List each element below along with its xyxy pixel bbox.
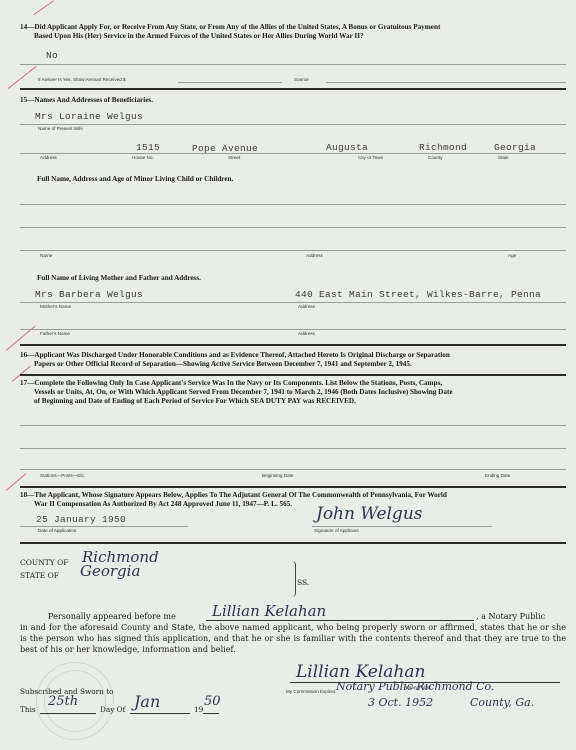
mother-name-value[interactable]: Mrs Barbera Welgus	[35, 289, 143, 300]
beginning-date-label: Beginning Date	[262, 473, 293, 478]
children-title: Full Name, Address and Age of Minor Livi…	[37, 175, 233, 184]
year-value[interactable]: 50	[204, 694, 221, 709]
state-label: State	[498, 155, 509, 160]
question-14: 14—Did Applicant Apply For, or Receive F…	[20, 23, 565, 41]
county-value[interactable]: Richmond	[419, 142, 467, 153]
notary-name-value[interactable]: Lillian Kelahan	[212, 602, 326, 620]
father-field[interactable]	[20, 329, 566, 330]
mother-address-label: Address	[298, 304, 315, 309]
q16-text-line1: 16—Applicant Was Discharged Under Honora…	[20, 351, 450, 359]
commission-note: Notary Public Richmond Co.	[336, 680, 494, 693]
city-value[interactable]: Augusta	[326, 142, 368, 153]
county-label: County	[428, 155, 443, 160]
source-field[interactable]	[326, 82, 566, 83]
county-label: COUNTY OF	[20, 558, 68, 567]
commission-county: County, Ga.	[470, 696, 534, 709]
year-prefix: 19	[194, 705, 203, 714]
date-of-application-value[interactable]: 25 January 1950	[36, 514, 126, 525]
child-line-3[interactable]	[20, 250, 566, 251]
q18-text-line1: 18—The Applicant, Whose Signature Appear…	[20, 491, 447, 499]
this-label: This	[20, 705, 36, 714]
signature-label: Signature of Applicant	[314, 528, 359, 533]
state-label: STATE OF	[20, 571, 59, 580]
stations-label: Stations—Posts—Etc.	[40, 473, 85, 478]
street-label: Street	[228, 155, 240, 160]
question-16: 16—Applicant Was Discharged Under Honora…	[20, 351, 565, 369]
q18-text-line2: War II Compensation As Authorized By Act…	[20, 500, 565, 509]
red-check-mark	[8, 66, 37, 89]
q14-text-line1: 14—Did Applicant Apply For, or Receive F…	[20, 23, 440, 31]
notary-signature[interactable]: Lillian Kelahan	[296, 662, 425, 682]
wife-name-label: Name of Present Wife	[38, 126, 83, 131]
child-age-label: Age	[508, 253, 516, 258]
applicant-signature[interactable]: John Welgus	[316, 504, 423, 524]
notary-paragraph: in and for the aforesaid County and Stat…	[20, 622, 566, 655]
commission-label: My Commission Expires:	[286, 689, 337, 694]
state-value[interactable]: Georgia	[80, 562, 140, 580]
q17-text-line2: Vessels or Units, At, On, or With Which …	[20, 388, 565, 397]
station-line-1[interactable]	[20, 425, 566, 426]
child-address-label: Address	[306, 253, 323, 258]
day-of-label: Day Of	[100, 705, 125, 714]
commission-date[interactable]: 3 Oct. 1952	[368, 696, 433, 709]
q17-text-line3: of Beginning and Date of Ending of Each …	[20, 397, 565, 406]
month-value[interactable]: Jan	[134, 692, 160, 711]
q14-text-line2: Based Upon His (Her) Service in the Arme…	[20, 32, 565, 41]
ss-label: SS.	[297, 578, 309, 587]
station-line-2[interactable]	[20, 448, 566, 449]
mother-address-value[interactable]: 440 East Main Street, Wilkes-Barre, Penn…	[295, 289, 541, 300]
father-address-label: Address	[298, 331, 315, 336]
father-name-label: Father's Name	[40, 331, 70, 336]
notary-public-suffix: , a Notary Public	[476, 611, 545, 622]
day-value[interactable]: 25th	[48, 694, 78, 709]
q14-answer[interactable]: No	[46, 50, 58, 61]
city-label: City or Town	[358, 155, 383, 160]
date-of-application-label: Date of Application	[38, 528, 76, 533]
q17-text-line1: 17—Complete the Following Only In Case A…	[20, 379, 442, 387]
bracket	[292, 561, 296, 597]
question-15-title: 15—Names And Addresses of Beneficiaries.	[20, 96, 153, 105]
question-18: 18—The Applicant, Whose Signature Appear…	[20, 491, 565, 509]
wife-name-value[interactable]: Mrs Loraine Welgus	[35, 111, 143, 122]
state-value[interactable]: Georgia	[494, 142, 536, 153]
child-line-2[interactable]	[20, 227, 566, 228]
amount-received-label: If Answer Is Yes, Show Amount Received $	[38, 77, 126, 82]
ending-date-label: Ending Date	[485, 473, 510, 478]
mother-name-label: Mother's Name	[40, 304, 71, 309]
child-name-label: Name	[40, 253, 52, 258]
child-line-1[interactable]	[20, 204, 566, 205]
question-17: 17—Complete the Following Only In Case A…	[20, 379, 565, 406]
parents-title: Full Name of Living Mother and Father an…	[37, 274, 201, 283]
address-label: Address	[40, 155, 57, 160]
amount-received-field[interactable]	[178, 82, 282, 83]
house-no-label: House No.	[132, 155, 154, 160]
red-check-mark	[6, 473, 27, 490]
q16-text-line2: Papers or Other Official Record of Separ…	[20, 360, 565, 369]
red-check-mark	[34, 0, 54, 15]
house-no-value[interactable]: 1515	[136, 142, 160, 153]
source-label: Source	[294, 77, 309, 82]
station-line-3[interactable]	[20, 469, 566, 470]
